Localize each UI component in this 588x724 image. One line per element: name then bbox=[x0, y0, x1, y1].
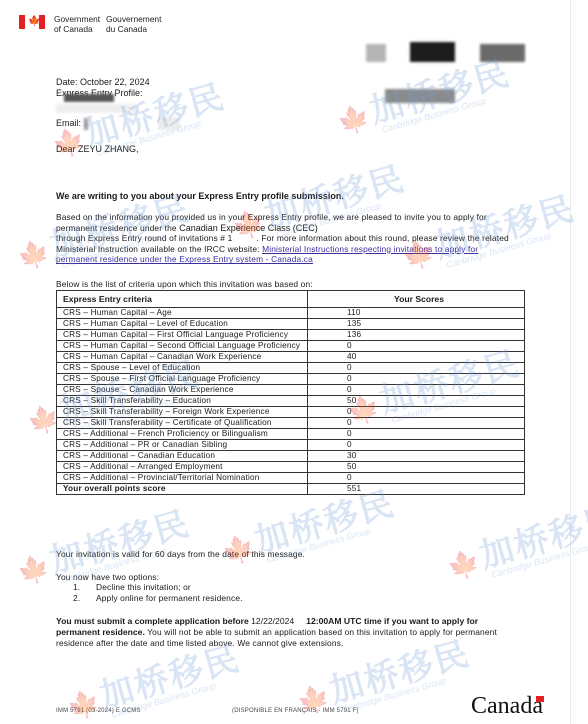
date-line: Date: October 22, 2024 bbox=[56, 77, 150, 88]
table-row: CRS – Human Capital – Second Official La… bbox=[57, 341, 525, 352]
score-cell: 0 bbox=[308, 429, 525, 440]
redacted-address bbox=[410, 42, 455, 62]
score-cell: 0 bbox=[308, 341, 525, 352]
ministerial-instructions-link[interactable]: permanent residence under the Express En… bbox=[56, 254, 313, 264]
invitation-paragraph: Based on the information you provided us… bbox=[56, 212, 536, 265]
total-row: Your overall points score551 bbox=[57, 484, 525, 495]
canada-flag-icon: 🍁 bbox=[19, 15, 45, 29]
score-cell: 0 bbox=[308, 440, 525, 451]
redacted-email bbox=[84, 118, 88, 130]
total-label: Your overall points score bbox=[57, 484, 308, 495]
maple-leaf-icon: 🍁 bbox=[444, 545, 483, 583]
total-score: 551 bbox=[308, 484, 525, 495]
french-availability-note: (DISPONIBLE EN FRANÇAIS - IMM 5791 F) bbox=[232, 708, 359, 714]
score-cell: 0 bbox=[308, 374, 525, 385]
redacted-address bbox=[366, 44, 386, 62]
score-cell: 40 bbox=[308, 352, 525, 363]
table-row: CRS – Skill Transferability – Foreign Wo… bbox=[57, 407, 525, 418]
criteria-cell: CRS – Additional – Arranged Employment bbox=[57, 462, 308, 473]
criteria-cell: CRS – Additional – Provincial/Territoria… bbox=[57, 473, 308, 484]
criteria-cell: CRS – Additional – Canadian Education bbox=[57, 451, 308, 462]
table-row: CRS – Additional – PR or Canadian Siblin… bbox=[57, 440, 525, 451]
score-cell: 30 bbox=[308, 451, 525, 462]
watermark: 🍁加桥移民Canbridge Business Group bbox=[440, 491, 588, 591]
options-list: 1.Decline this invitation; or 2.Apply on… bbox=[73, 582, 243, 603]
table-row: CRS – Additional – Provincial/Territoria… bbox=[57, 473, 525, 484]
table-row: CRS – Spouse – First Official Language P… bbox=[57, 374, 525, 385]
score-cell: 110 bbox=[308, 308, 525, 319]
table-row: CRS – Human Capital – Age110 bbox=[57, 308, 525, 319]
email-line: Email: bbox=[56, 118, 81, 129]
gov-signature-fr: Gouvernement du Canada bbox=[106, 15, 161, 34]
score-cell: 0 bbox=[308, 418, 525, 429]
table-intro: Below is the list of criteria upon which… bbox=[56, 279, 313, 290]
table-row: CRS – Additional – French Proficiency or… bbox=[57, 429, 525, 440]
letter-heading: We are writing to you about your Express… bbox=[56, 191, 344, 202]
program-class: Canadian Experience Class (CEC) bbox=[179, 223, 318, 233]
redacted-profile-number bbox=[64, 94, 114, 102]
gov-signature-en: Government of Canada bbox=[54, 15, 100, 34]
maple-leaf-icon: 🍁 bbox=[49, 123, 88, 161]
table-row: CRS – Additional – Arranged Employment50 bbox=[57, 462, 525, 473]
letter-page: 🍁 Government of Canada Gouvernement du C… bbox=[0, 0, 588, 724]
criteria-cell: CRS – Human Capital – Level of Education bbox=[57, 319, 308, 330]
criteria-cell: CRS – Human Capital – First Official Lan… bbox=[57, 330, 308, 341]
score-cell: 0 bbox=[308, 473, 525, 484]
criteria-cell: CRS – Human Capital – Age bbox=[57, 308, 308, 319]
criteria-cell: CRS – Spouse – Canadian Work Experience bbox=[57, 385, 308, 396]
maple-leaf-icon: 🍁 bbox=[14, 550, 53, 588]
redacted-email bbox=[158, 117, 180, 130]
maple-leaf-icon: 🍁 bbox=[64, 685, 103, 723]
criteria-cell: CRS – Human Capital – Second Official La… bbox=[57, 341, 308, 352]
criteria-cell: CRS – Spouse – Level of Education bbox=[57, 363, 308, 374]
table-row: CRS – Human Capital – Canadian Work Expe… bbox=[57, 352, 525, 363]
redacted-address bbox=[480, 44, 525, 62]
table-row: CRS – Skill Transferability – Certificat… bbox=[57, 418, 525, 429]
page-edge bbox=[570, 0, 571, 724]
table-row: CRS – Human Capital – First Official Lan… bbox=[57, 330, 525, 341]
criteria-cell: CRS – Skill Transferability – Foreign Wo… bbox=[57, 407, 308, 418]
option-item: 2.Apply online for permanent residence. bbox=[73, 593, 243, 604]
criteria-cell: CRS – Additional – French Proficiency or… bbox=[57, 429, 308, 440]
criteria-table: Express Entry criteria Your Scores CRS –… bbox=[56, 290, 525, 495]
option-item: 1.Decline this invitation; or bbox=[73, 582, 243, 593]
form-code: IMM 5791 (03-2024) E GCMS bbox=[56, 708, 141, 714]
criteria-cell: CRS – Additional – PR or Canadian Siblin… bbox=[57, 440, 308, 451]
score-cell: 136 bbox=[308, 330, 525, 341]
score-cell: 0 bbox=[308, 407, 525, 418]
table-row: CRS – Spouse – Canadian Work Experience0 bbox=[57, 385, 525, 396]
validity-note: Your invitation is valid for 60 days fro… bbox=[56, 549, 305, 560]
score-cell: 0 bbox=[308, 385, 525, 396]
table-row: CRS – Spouse – Level of Education0 bbox=[57, 363, 525, 374]
score-cell: 50 bbox=[308, 462, 525, 473]
criteria-cell: CRS – Skill Transferability – Certificat… bbox=[57, 418, 308, 429]
maple-leaf-icon: 🍁 bbox=[14, 235, 53, 273]
deadline-date: 12/22/2024 bbox=[251, 616, 294, 626]
salutation: Dear ZEYU ZHANG, bbox=[56, 144, 139, 155]
score-cell: 135 bbox=[308, 319, 525, 330]
canada-wordmark: Canada bbox=[471, 693, 543, 720]
column-header-criteria: Express Entry criteria bbox=[57, 291, 308, 308]
round-number: 1 bbox=[228, 233, 233, 243]
options-intro: You now have two options: bbox=[56, 572, 159, 583]
criteria-cell: CRS – Human Capital – Canadian Work Expe… bbox=[57, 352, 308, 363]
table-row: CRS – Additional – Canadian Education30 bbox=[57, 451, 525, 462]
maple-leaf-icon: 🍁 bbox=[334, 100, 373, 138]
column-header-scores: Your Scores bbox=[308, 291, 525, 308]
table-row: CRS – Skill Transferability – Education5… bbox=[57, 396, 525, 407]
ministerial-instructions-link[interactable]: Ministerial Instructions respecting invi… bbox=[262, 244, 478, 254]
redacted-address bbox=[385, 89, 455, 103]
criteria-cell: CRS – Skill Transferability – Education bbox=[57, 396, 308, 407]
canada-flag-icon bbox=[536, 696, 544, 702]
criteria-cell: CRS – Spouse – First Official Language P… bbox=[57, 374, 308, 385]
redacted-profile-number bbox=[56, 104, 136, 113]
table-row: CRS – Human Capital – Level of Education… bbox=[57, 319, 525, 330]
deadline-paragraph: You must submit a complete application b… bbox=[56, 616, 536, 648]
score-cell: 50 bbox=[308, 396, 525, 407]
score-cell: 0 bbox=[308, 363, 525, 374]
